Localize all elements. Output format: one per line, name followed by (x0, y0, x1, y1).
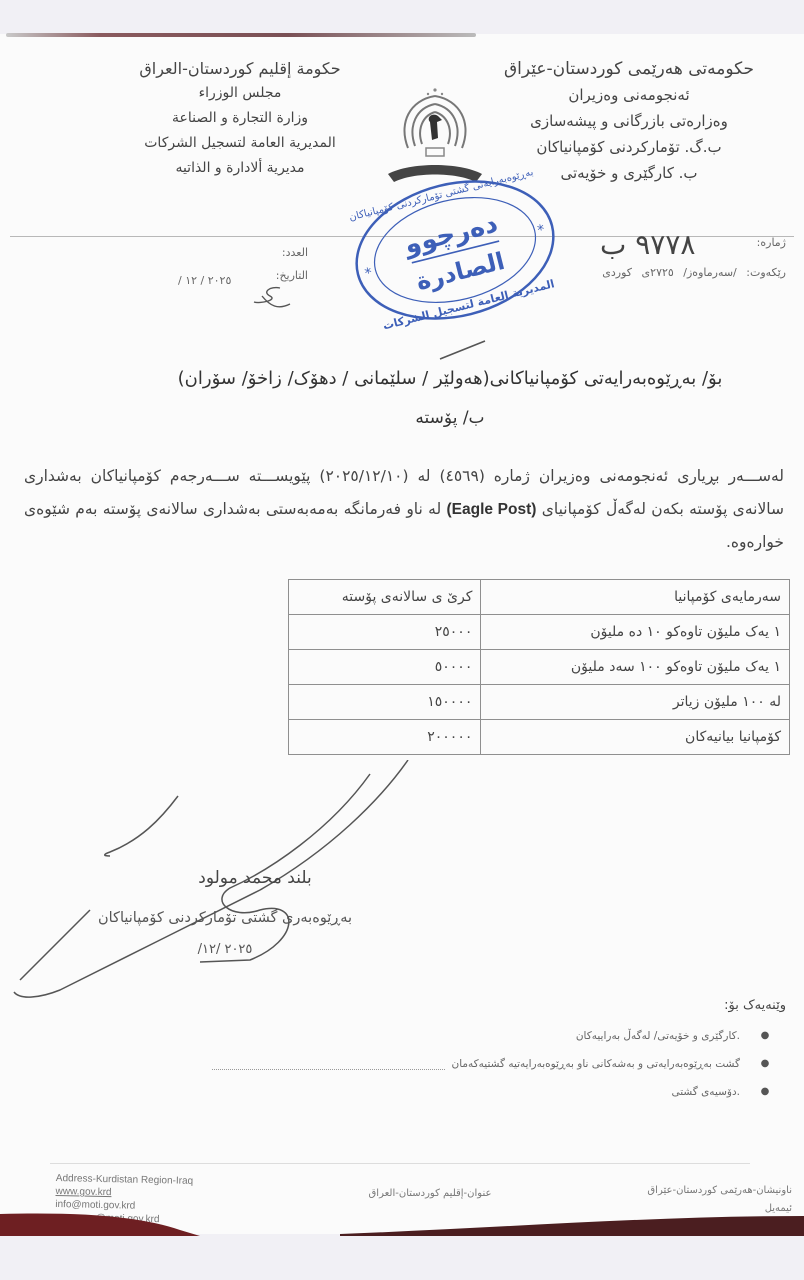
header-ar-line: وزارة التجارة و الصناعة (110, 106, 370, 131)
postal-fee-table: سەرمایەی کۆمپانیا کرێ ی سالانەی پۆستە ١ … (288, 579, 790, 755)
reference-number-handwritten: ٩٧٧٨ ب (600, 228, 695, 261)
table-cell-fee: ٢٥٠٠٠ (289, 615, 481, 650)
cc-list: ● کارگێری و خۆیەتی/ لەگەڵ بەراییەکان. ● … (212, 1022, 772, 1106)
header-ku-line: ب.گ. تۆمارکردنی کۆمپانیاکان (484, 134, 774, 160)
svg-text:*: * (536, 222, 547, 239)
initials-scribble-icon (240, 282, 300, 318)
table-cell-capital: ١ یەک ملیۆن تاوەکو ١٠ دە ملیۆن (481, 615, 790, 650)
svg-text:المديرية العامة لتسجيل الشركات: المديرية العامة لتسجيل الشركات (382, 277, 556, 330)
table-row: کۆمپانیا بیانیەکان ٢٠٠٠٠٠ (289, 720, 790, 755)
pen-stroke-icon (430, 335, 500, 365)
table-cell-capital: ١ یەک ملیۆن تاوەکو ١٠٠ سەد ملیۆن (481, 650, 790, 685)
header-ku-line: ئەنجومەنی وەزیران (484, 82, 774, 108)
bullet-icon: ● (758, 1025, 772, 1047)
table-header-row: سەرمایەی کۆمپانیا کرێ ی سالانەی پۆستە (289, 580, 790, 615)
cc-title: وێنەیەک بۆ: (586, 998, 786, 1013)
table-cell-fee: ١٥٠٠٠٠ (289, 685, 481, 720)
cc-item-label: دۆسیەی گشتی. (671, 1081, 740, 1103)
signature-date: ٢٠٢٥ /١٢/ (180, 942, 270, 957)
header-ar-line: مديرية ألادارة و الذاتيه (110, 156, 370, 181)
table-cell-capital: کۆمپانیا بیانیەکان (481, 720, 790, 755)
header-ar-line: المديرية العامة لتسجيل الشركات (110, 131, 370, 156)
table-row: ١ یەک ملیۆن تاوەکو ١٠٠ سەد ملیۆن ٥٠٠٠٠ (289, 650, 790, 685)
header-ar-line: حكومة إقليم كوردستان-العراق (110, 56, 370, 81)
dotted-leader (212, 1059, 445, 1070)
signatory-title: بەڕێوەبەری گشتی تۆمارکردنی کۆمپانیاکان (60, 910, 390, 926)
arabic-number-label: العدد: (160, 246, 308, 259)
bullet-icon: ● (758, 1081, 772, 1103)
header-ku-line: وەزارەتی بازرگانی و پیشەسازی (484, 108, 774, 134)
arabic-date-value: ٢٠٢٥ / ١٢ / (178, 274, 231, 287)
addressee-subject: ب/ پۆستە (120, 408, 780, 428)
table-header-fee: کرێ ی سالانەی پۆستە (289, 580, 481, 615)
table-cell-capital: لە ١٠٠ ملیۆن زیاتر (481, 685, 790, 720)
cc-item: ● کارگێری و خۆیەتی/ لەگەڵ بەراییەکان. (212, 1022, 772, 1050)
top-decorative-rule (6, 33, 476, 37)
body-paragraph: لەســـەر بڕیاری ئەنجومەنی وەزیران ژمارە … (24, 460, 784, 559)
company-name: (Eagle Post) (446, 501, 536, 518)
header-ku-line: حکومەتی هەرێمی کوردستان-عێراق (484, 56, 774, 82)
table-row: لە ١٠٠ ملیۆن زیاتر ١٥٠٠٠٠ (289, 685, 790, 720)
table-header-capital: سەرمایەی کۆمپانیا (481, 580, 790, 615)
footer-address-arabic: عنوان-إقليم كوردستان-العراق (330, 1188, 530, 1199)
header-ar-line: مجلس الوزراء (110, 81, 370, 106)
svg-text:*: * (363, 265, 374, 282)
signatory-name: بلند محمد مولود (140, 868, 370, 888)
table-row: ١ یەک ملیۆن تاوەکو ١٠ دە ملیۆن ٢٥٠٠٠ (289, 615, 790, 650)
footer-ku-address: ناونیشان-هەرێمی کوردستان-عێراق (542, 1182, 792, 1200)
cc-item: ● گشت بەڕێوەبەرایەتی و بەشەکانی ناو بەڕێ… (212, 1050, 772, 1078)
footer-decorative-band (0, 1210, 804, 1250)
header-kurdish: حکومەتی هەرێمی کوردستان-عێراق ئەنجومەنی … (484, 56, 774, 186)
svg-text:بەڕێوەبەرایەتی گشتی تۆمارکردنی: بەڕێوەبەرایەتی گشتی تۆمارکردنی کۆمپانیاک… (348, 170, 535, 223)
official-stamp-icon: دەرچوو الصادرة بەڕێوەبەرایەتی گشتی تۆمار… (340, 170, 570, 330)
footer-divider (50, 1163, 750, 1164)
table-cell-fee: ٥٠٠٠٠ (289, 650, 481, 685)
table-cell-fee: ٢٠٠٠٠٠ (289, 720, 481, 755)
addressee-line: بۆ/ بەڕێوەبەرایەتی کۆمپانیاکانی(هەولێر /… (120, 368, 780, 389)
cc-item-label: کارگێری و خۆیەتی/ لەگەڵ بەراییەکان. (576, 1025, 740, 1047)
cc-item-label: گشت بەڕێوەبەرایەتی و بەشەکانی ناو بەڕێوە… (451, 1053, 740, 1075)
kurdish-date-label: رێکەوت: (746, 266, 786, 279)
kurdish-date-value: /سەرماوەز/ ٢٧٢٥ی کوردی (602, 266, 736, 279)
header-arabic: حكومة إقليم كوردستان-العراق مجلس الوزراء… (110, 56, 370, 181)
kurdish-date-row: رێکەوت: /سەرماوەز/ ٢٧٢٥ی کوردی (556, 266, 786, 279)
cc-item: ● دۆسیەی گشتی. (212, 1078, 772, 1106)
bullet-icon: ● (758, 1053, 772, 1075)
